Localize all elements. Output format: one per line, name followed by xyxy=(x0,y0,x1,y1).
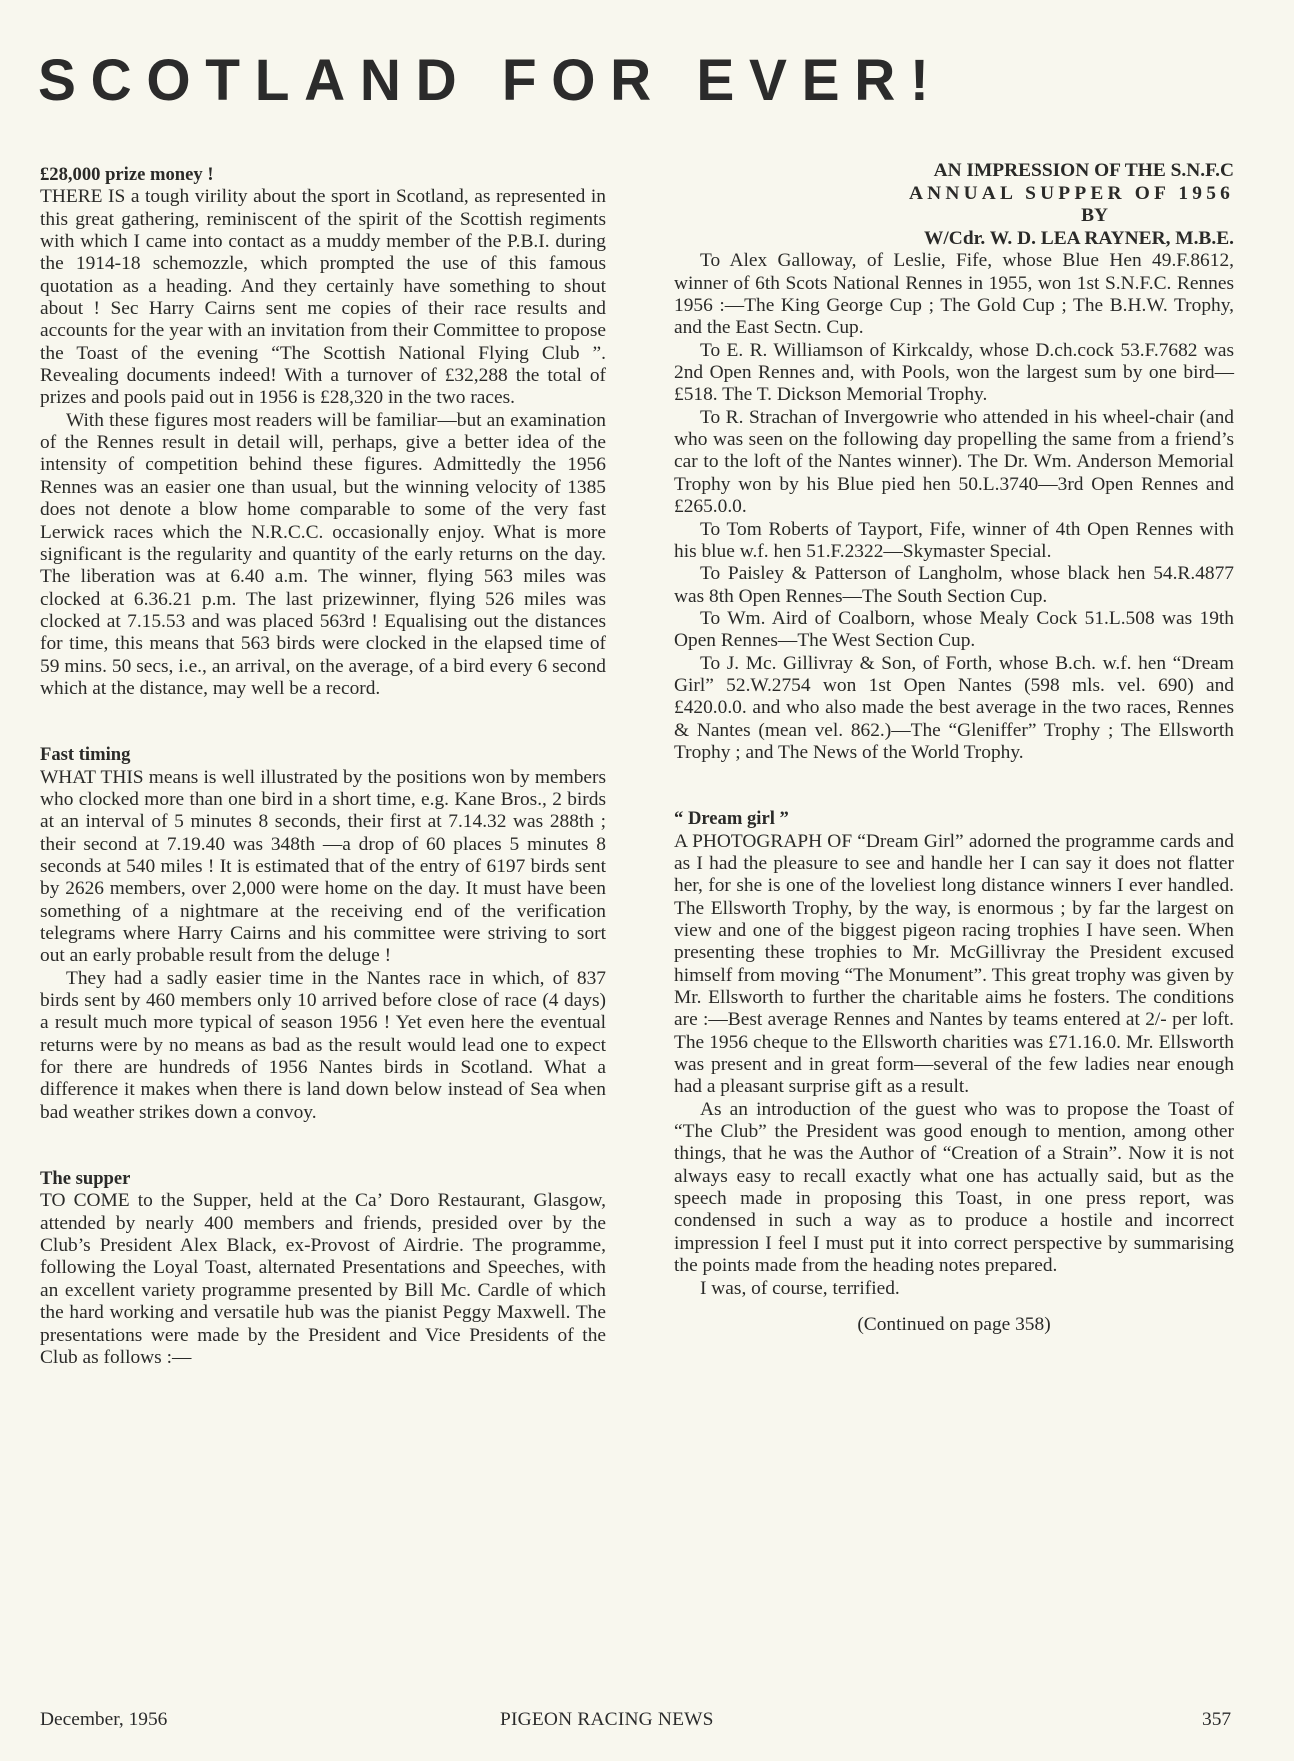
paragraph: A PHOTOGRAPH OF “Dream Girl” adorned the… xyxy=(674,831,1234,1099)
presentation-item: To E. R. Williamson of Kirkcaldy, whose … xyxy=(674,340,1234,407)
footer-publication: PIGEON RACING NEWS xyxy=(500,1710,714,1729)
section-heading-dream-girl: “ Dream girl ” xyxy=(674,808,1234,830)
section-spacer xyxy=(674,764,1234,808)
section-heading-supper: The supper xyxy=(40,1168,606,1190)
section-spacer xyxy=(40,700,606,744)
presentation-item: To R. Strachan of Invergowrie who attend… xyxy=(674,407,1234,519)
footer-page-number: 357 xyxy=(1202,1710,1231,1729)
presentation-item: To Alex Galloway, of Leslie, Fife, whose… xyxy=(674,250,1234,339)
footer-date: December, 1956 xyxy=(40,1710,167,1729)
byline-author: W/Cdr. W. D. LEA RAYNER, M.B.E. xyxy=(674,228,1234,251)
left-column: £28,000 prize money ! THERE IS a tough v… xyxy=(40,164,606,1369)
presentation-item: To Tom Roberts of Tayport, Fife, winner … xyxy=(674,519,1234,564)
section-heading-fast-timing: Fast timing xyxy=(40,744,606,766)
section-heading-prize-money: £28,000 prize money ! xyxy=(40,164,606,186)
section-spacer xyxy=(40,1124,606,1168)
paragraph: THERE IS a tough virility about the spor… xyxy=(40,186,606,409)
presentation-item: To Paisley & Patterson of Langholm, whos… xyxy=(674,563,1234,608)
paragraph: They had a sadly easier time in the Nant… xyxy=(40,968,606,1124)
presentation-item: To Wm. Aird of Coalborn, whose Mealy Coc… xyxy=(674,608,1234,653)
right-column: AN IMPRESSION OF THE S.N.F.C ANNUAL SUPP… xyxy=(674,160,1234,1336)
article-heading-line-2: ANNUAL SUPPER OF 1956 xyxy=(674,183,1234,206)
article-heading-line-1: AN IMPRESSION OF THE S.N.F.C xyxy=(674,160,1234,183)
paragraph: As an introduction of the guest who was … xyxy=(674,1099,1234,1278)
paragraph: I was, of course, terrified. xyxy=(674,1278,1234,1300)
paragraph: TO COME to the Supper, held at the Ca’ D… xyxy=(40,1190,606,1369)
paragraph: With these figures most readers will be … xyxy=(40,410,606,700)
byline-by: BY xyxy=(674,205,1234,228)
paragraph: WHAT THIS means is well illustrated by t… xyxy=(40,767,606,968)
continued-note: (Continued on page 358) xyxy=(674,1314,1234,1336)
presentation-item: To J. Mc. Gillivray & Son, of Forth, who… xyxy=(674,653,1234,765)
page-title: SCOTLAND FOR EVER! xyxy=(38,52,944,110)
